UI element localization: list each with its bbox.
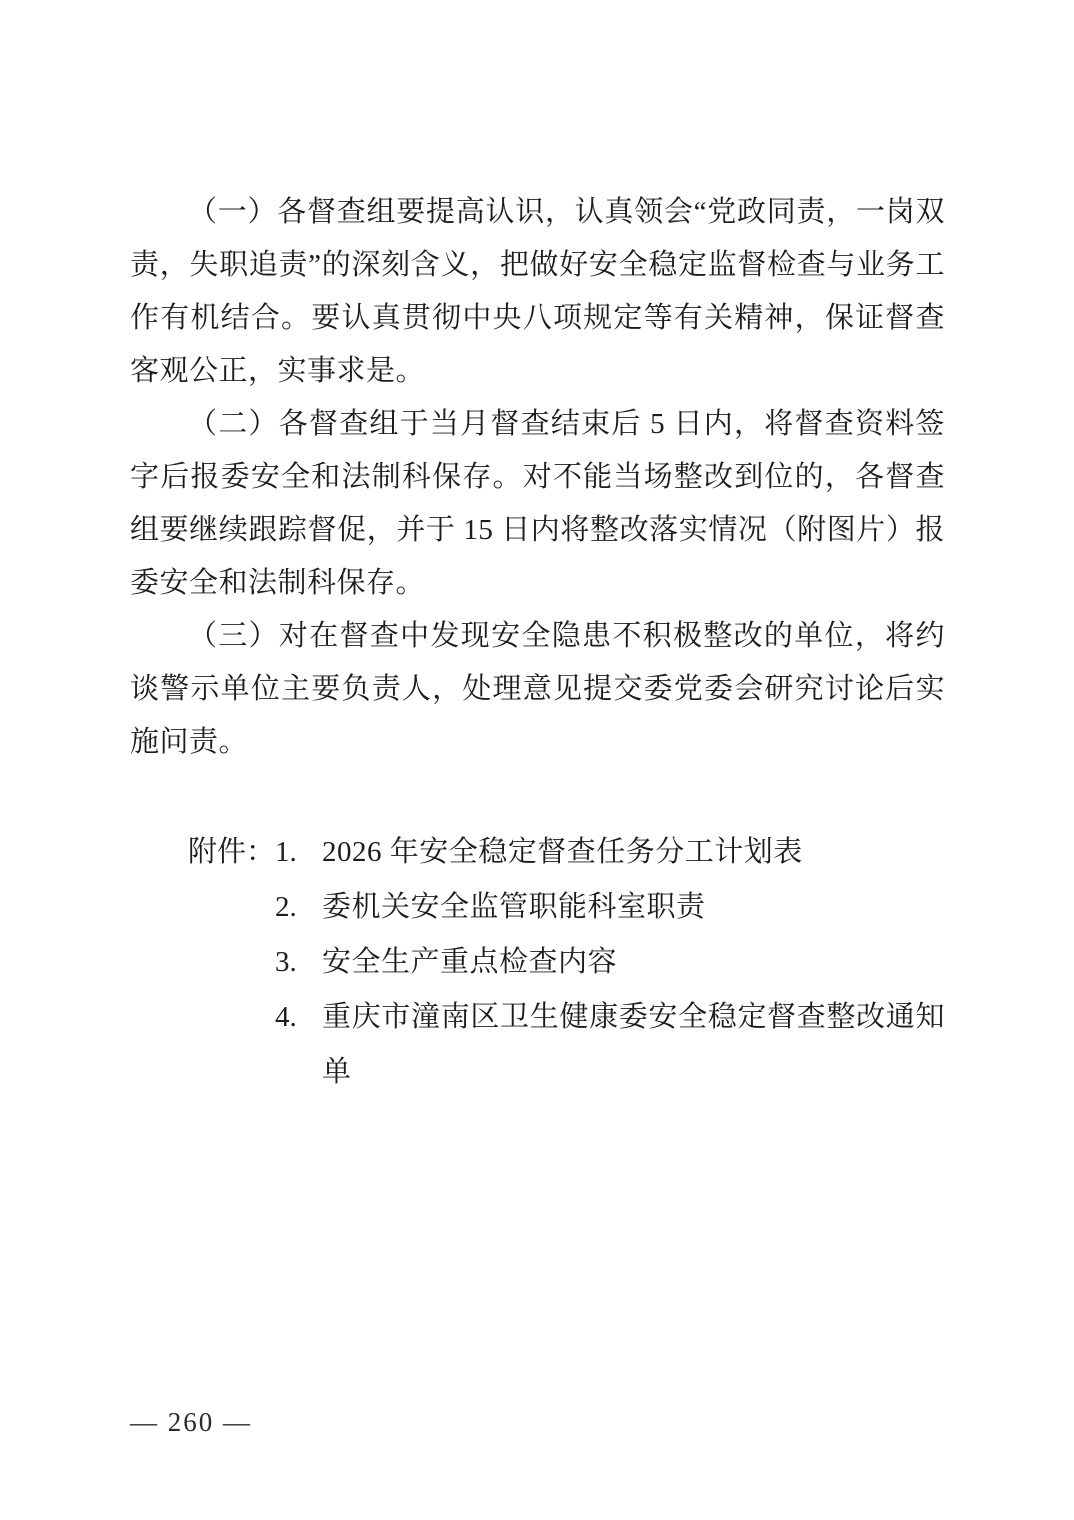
page-number: — 260 — — [130, 1404, 252, 1440]
attachment-item-4: 4. 重庆市潼南区卫生健康委安全稳定督查整改通知单 — [275, 990, 945, 1100]
paragraph-item-3: （三）对在督查中发现安全隐患不积极整改的单位，将约谈警示单位主要负责人，处理意见… — [130, 610, 945, 769]
attachment-number: 3. — [275, 935, 322, 990]
attachment-title: 2026 年安全稳定督查任务分工计划表 — [322, 825, 945, 880]
attachment-title: 委机关安全监管职能科室职责 — [322, 880, 945, 935]
document-page: （一）各督查组要提高认识，认真领会“党政同责，一岗双责，失职追责”的深刻含义，把… — [0, 0, 1074, 1520]
attachment-item-1: 1. 2026 年安全稳定督查任务分工计划表 — [275, 825, 945, 880]
attachment-number: 2. — [275, 880, 322, 935]
paragraph-item-1: （一）各督查组要提高认识，认真领会“党政同责，一岗双责，失职追责”的深刻含义，把… — [130, 186, 945, 398]
attachment-item-2: 2. 委机关安全监管职能科室职责 — [275, 880, 945, 935]
attachments-list: 1. 2026 年安全稳定督查任务分工计划表 2. 委机关安全监管职能科室职责 … — [275, 825, 945, 1100]
attachment-title: 重庆市潼南区卫生健康委安全稳定督查整改通知单 — [322, 990, 945, 1100]
attachment-number: 4. — [275, 990, 322, 1045]
attachments-block: 附件： 1. 2026 年安全稳定督查任务分工计划表 2. 委机关安全监管职能科… — [130, 825, 945, 1100]
attachments-label: 附件： — [188, 825, 275, 880]
attachment-title: 安全生产重点检查内容 — [322, 935, 945, 990]
document-body: （一）各督查组要提高认识，认真领会“党政同责，一岗双责，失职追责”的深刻含义，把… — [130, 186, 945, 1100]
attachment-item-3: 3. 安全生产重点检查内容 — [275, 935, 945, 990]
attachment-number: 1. — [275, 825, 322, 880]
paragraph-item-2: （二）各督查组于当月督查结束后 5 日内，将督查资料签字后报委安全和法制科保存。… — [130, 398, 945, 610]
